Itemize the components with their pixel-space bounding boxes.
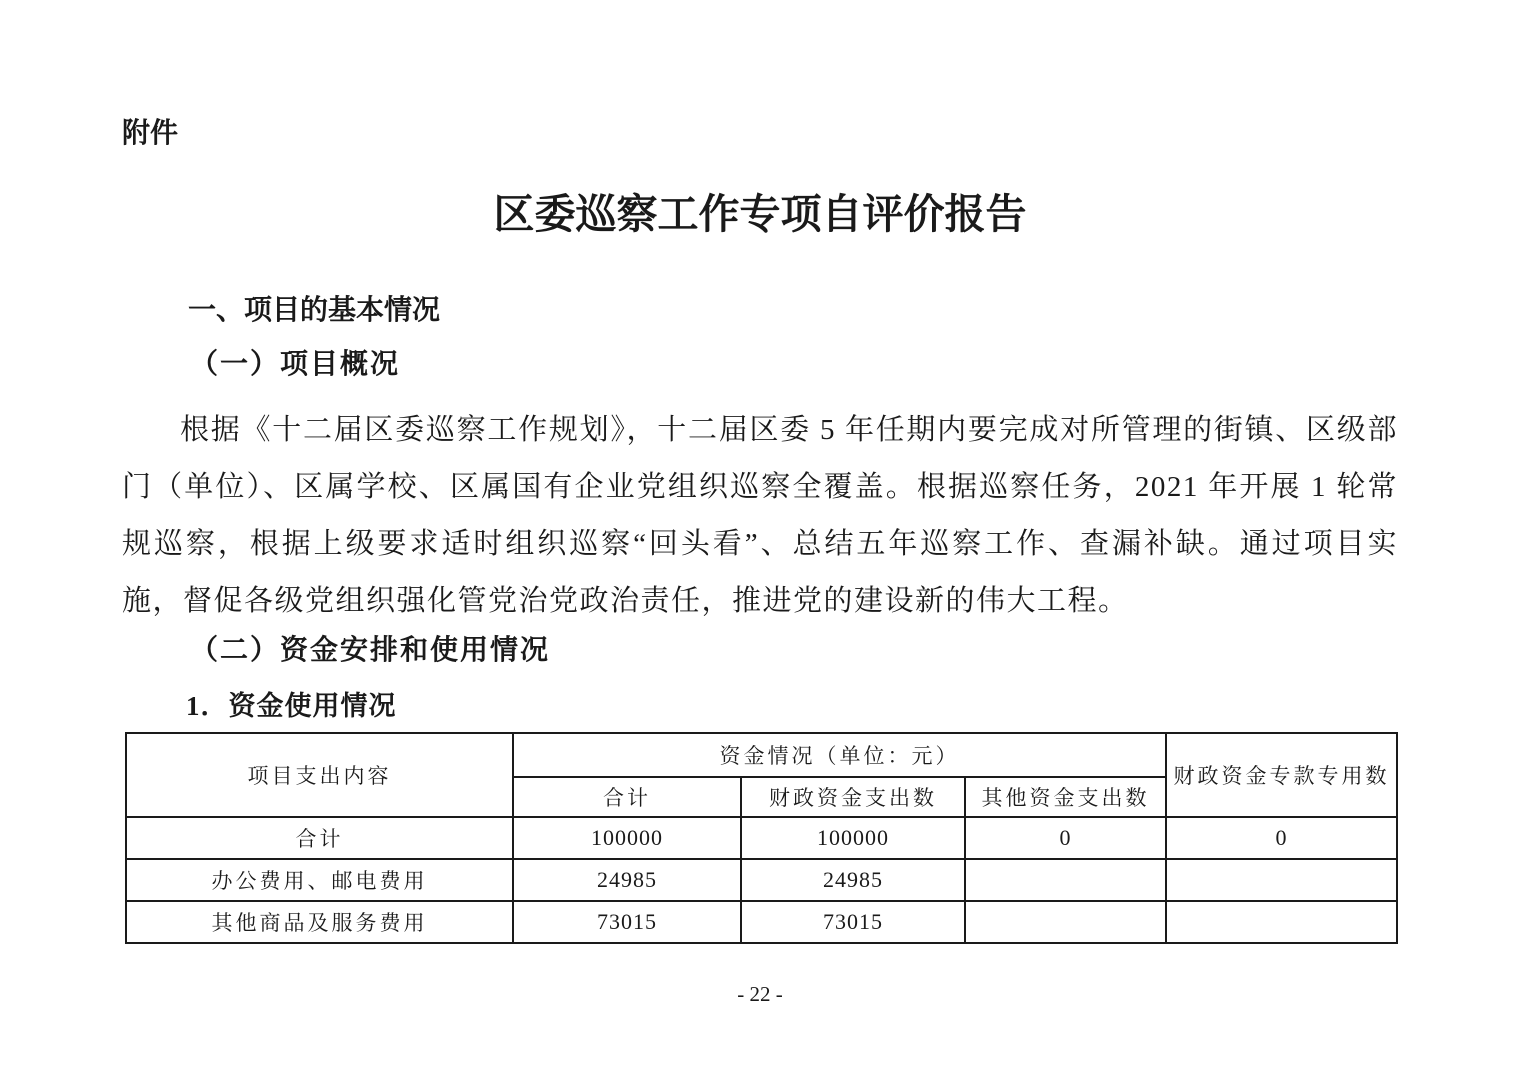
row-special-value: [1166, 859, 1397, 901]
row-other-value: [965, 859, 1166, 901]
row-fiscal-value: 73015: [741, 901, 965, 943]
table-header-row-1: 项目支出内容 资金情况（单位：元） 财政资金专款专用数: [126, 733, 1397, 777]
row-total-value: 73015: [513, 901, 741, 943]
funds-usage-table: 项目支出内容 资金情况（单位：元） 财政资金专款专用数 合计 财政资金支出数 其…: [125, 732, 1398, 944]
document-title: 区委巡察工作专项自评价报告: [0, 191, 1520, 237]
row-fiscal-value: 24985: [741, 859, 965, 901]
subsection-1-2-heading: （二）资金安排和使用情况: [190, 633, 1520, 669]
item-1-heading: 1．资金使用情况: [186, 690, 1520, 722]
table-row-other-goods-services: 其他商品及服务费用 73015 73015: [126, 901, 1397, 943]
row-item-label: 其他商品及服务费用: [126, 901, 513, 943]
table-row-office-postal: 办公费用、邮电费用 24985 24985: [126, 859, 1397, 901]
page-number: - 22 -: [0, 982, 1520, 1007]
row-item-label: 办公费用、邮电费用: [126, 859, 513, 901]
header-cell-funds-group: 资金情况（单位：元）: [513, 733, 1166, 777]
row-total-value: 100000: [513, 817, 741, 859]
header-cell-item: 项目支出内容: [126, 733, 513, 817]
project-overview-paragraph: 根据《十二届区委巡察工作规划》，十二届区委 5 年任期内要完成对所管理的街镇、区…: [122, 402, 1398, 630]
row-other-value: 0: [965, 817, 1166, 859]
row-special-value: 0: [1166, 817, 1397, 859]
section-1-heading: 一、项目的基本情况: [188, 293, 1520, 327]
row-fiscal-value: 100000: [741, 817, 965, 859]
row-special-value: [1166, 901, 1397, 943]
header-cell-other: 其他资金支出数: [965, 777, 1166, 817]
subsection-1-1-heading: （一）项目概况: [190, 347, 1520, 383]
row-total-value: 24985: [513, 859, 741, 901]
attachment-label: 附件: [122, 113, 1520, 153]
row-item-label: 合计: [126, 817, 513, 859]
table-row-total: 合计 100000 100000 0 0: [126, 817, 1397, 859]
row-other-value: [965, 901, 1166, 943]
header-cell-special: 财政资金专款专用数: [1166, 733, 1397, 817]
header-cell-total: 合计: [513, 777, 741, 817]
document-page: 附件 区委巡察工作专项自评价报告 一、项目的基本情况 （一）项目概况 根据《十二…: [0, 0, 1520, 1074]
header-cell-fiscal: 财政资金支出数: [741, 777, 965, 817]
